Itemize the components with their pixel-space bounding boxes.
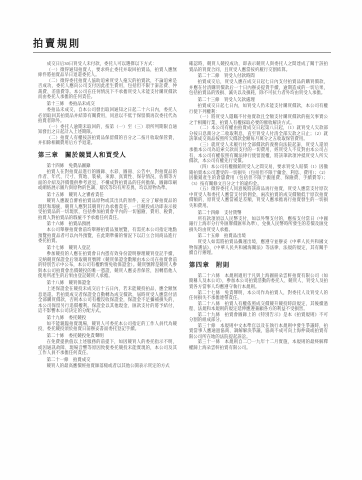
paragraph: （五）徵得委托人同意後將該商品再行拍賣，買受人應當支付原次中買受人和委托人應當支… [189,186,328,208]
article-heading: 第十三條 委拍品未成交 [38,101,177,107]
article-heading: 第十四條 免費品圖錄 [38,163,177,169]
article-heading: 第二十一條 拍賣成交 [38,357,177,363]
article-heading: 第二十二條 買受人付款時間 [189,73,328,79]
paragraph: （一）將買受人隱瞞不付拍賣款且全額支付購買價款的拖欠事實公之于相關行業，拍賣人有… [189,114,328,125]
chapter-heading: 第四章 附則 [189,262,328,269]
text-columns: 成交日后30日買受人未付款，委托人可以選擇以下方式：（一）徵得通知拍賣人，要求終… [38,61,328,458]
paragraph: 成交日后30日買受人未付款，委托人可以選擇以下方式： [38,61,177,67]
paragraph: （二）拍賣人有權按該拍賣品保留價的百分之二按月收取保管費，并扣除相關費用后方予退… [38,135,177,146]
paragraph: （二）徵得委托拍賣人協助追索買受人拖欠的拍賣款，不論追索是否成功，委托人應向公司… [38,78,177,100]
article-heading: 第二十三條 買受人欠款處理 [189,97,328,103]
paragraph: 參加競投的人應在拍賣會日內憑有效身份證明辦理競買登記手續，交納競買保證金后領取競… [38,251,177,279]
article-heading: 第十五條 競買人之審看責任 [38,192,177,198]
paragraph: 所有款項須以人民幣支付，如以外幣支付的，應按支付當日（中國銀行上海市分行外匯牌價… [189,216,328,233]
document-page: 拍賣規則 成交日后30日買受人未付款，委托人可以選擇以下方式：（一）徵得通知拍賣… [0,0,362,480]
paragraph: （一）徵得通知拍賣人，要求終止委托并取回拍賣品，拍賣人應無條件將拍賣品早日退還委… [38,67,177,78]
paragraph: 上述保證金在競投未成交后十五日內，若未能競投拍品，應全額無息退還。若拍賣成交者保… [38,286,177,314]
paragraph: （三）就買受人未履行付全部價款的義務向法院起訴，買受人還須承擔本公司為追索欠款而… [189,142,328,164]
paragraph: 在免費提供值以上述服務的前提下，如因競買人的委托指示不明，或因通訊故障、現場音響… [38,339,177,356]
article-heading: 第二十四條 支付貨幣 [189,210,328,216]
paragraph: 拍賣成交日起七日內，如買受人仍未能支付購買價款，本公司有權行使下列權利： [189,103,328,114]
paragraph: 拍賣成交后，買受人應在成交日起七日內支付拍賣品的購買價款，并應在付清購買價款后一… [189,79,328,96]
paragraph: 委拍品未成交，自本公司發出取回通知之日起二十六日內，委托人必須取回其拍賣品并結算… [38,107,177,124]
paragraph: （二）本公司有權由拍賣成交日起第八日起，（1）就買受人欠款部分按日息萬分之二收取… [189,125,328,142]
article-heading: 第十九條 委托競投 [38,315,177,321]
paragraph: 拍賣人在對拍賣品進行的圖錄、水彩、圖冊、公告中，對拍賣品的作者、年代、尺寸、質地… [38,169,177,191]
paragraph: 第三十一條 本規則自二〇一九年十二月實施，本規則的最終解釋權歸上海朵雲軒拍賣有限… [189,339,328,350]
article-heading: 第二十條 委托競投免責聲明 [38,333,177,339]
right-column: 確認時，競買人競投成功，即表示競買人與委托人之間達成了關于該拍賣品的買賣合同，且… [189,61,328,458]
paragraph: 競買人的最高應價經拍賣師落槌或者以其他公開表示買定的方式 [38,363,177,369]
page-title: 拍賣規則 [33,35,81,50]
paragraph: 競買人應親自審看拍賣品原物或其出具的原件，充分了解拍賣品的現狀和瑕疵，競買人應對… [38,198,177,220]
left-column: 成交日后30日買受人未付款，委托人可以選擇以下方式：（一）徵得通知拍賣人，要求終… [38,61,177,458]
article-heading: 第十七條 競買人登記 [38,245,177,251]
paragraph: 第三十條 本規則中文本準官以及在執行本規則中發生爭議時，拍賣當事人應通過協商、調… [189,323,328,340]
paragraph: 第二十九條 拍賣會圖錄上的《特別告示》是本《拍賣規則》不可分割的組成部分。 [189,312,328,323]
article-heading: 第十八條 競買保證金 [38,280,177,286]
paragraph: （一）委托人逾期未取回的，按第（一）至（三）項所列期限自通知發出之日起計入上述期… [38,124,177,135]
paragraph: 第二十八條 拍賣人有權依照成交價競升競投時段規定，其後續過程、法規和本規則的規定… [189,301,328,312]
paragraph: （四）本公司有權撤銷買受人之間交易，要求買受人賠償（1）因撤銷拍賣本公司遭受的一… [189,164,328,186]
paragraph: 如不能親臨拍賣現場，競買人可委托本公司指定的工作人員代為競投，委托競投須於拍賣日… [38,321,177,332]
paragraph: 買受人如需將拍賣品攜運出境，應遵守並辦妥《中華人民共和國文物保護法》、《中華人民… [189,239,328,256]
paragraph: 第二十六條 本規則適用于凡與上海圖冊朵雲軒拍賣有限公司（如簡稱人及本公司），參加… [189,273,328,290]
paragraph: 第二十七條 免責聲明，本公司作為拍賣人，對委托人及買受人的任何損失不承擔連帶責任… [189,290,328,301]
paragraph: 本公司舉辦拍賣會前均舉辦拍賣品預展覽，有需托本公司指定地點預覽拍賣品者可以內外預… [38,227,177,244]
title-divider [33,52,331,53]
chapter-heading: 第三章 關於競買人和買受人 [38,152,177,159]
paragraph: 確認時，競買人競投成功，即表示競買人與委托人之間達成了關于該拍賣品的買賣合同，且… [189,61,328,72]
